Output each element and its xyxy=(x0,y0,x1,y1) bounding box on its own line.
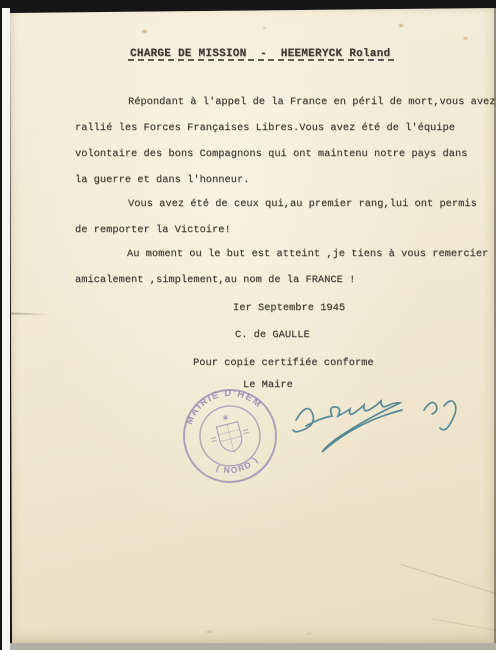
age-spot xyxy=(262,26,267,30)
body-line: Répondant à l'appel de la France en péri… xyxy=(128,96,496,108)
age-spot xyxy=(306,632,313,635)
signature-scrawl xyxy=(306,401,402,452)
body-line: de remporter la Victoire! xyxy=(75,224,231,236)
certification-line: Pour copie certifiée conforme xyxy=(193,357,374,369)
scan-edge-bottom xyxy=(10,643,496,650)
stamp-shield-icon xyxy=(209,420,253,456)
body-line: rallié les Forces Françaises Libres.Vous… xyxy=(75,122,455,134)
signature-initial xyxy=(293,409,313,432)
body-line: Au moment ou le but est atteint ,je tien… xyxy=(127,248,488,260)
body-line: volontaire des bons Compagnons qui ont m… xyxy=(75,148,467,160)
age-spot xyxy=(462,36,469,41)
body-line: la guerre et dans l'honneur. xyxy=(75,174,249,186)
signature-suffix xyxy=(424,401,456,430)
age-spot xyxy=(205,630,214,634)
stamp-star: ✶ xyxy=(221,413,230,423)
paper-crease xyxy=(431,618,496,635)
handwritten-signature xyxy=(272,380,472,472)
scan-edge-left xyxy=(2,8,10,650)
scanned-letter-screenshot: CHARGE DE MISSION - HEEMERYCK Roland Rép… xyxy=(0,0,496,650)
age-spot xyxy=(398,23,404,28)
letter-paper: CHARGE DE MISSION - HEEMERYCK Roland Rép… xyxy=(10,8,496,643)
title-underline xyxy=(128,59,394,61)
age-spot xyxy=(141,29,148,34)
body-line: Vous avez été de ceux qui,au premier ran… xyxy=(128,198,477,210)
body-line: amicalement ,simplement,au nom de la FRA… xyxy=(75,274,355,286)
paper-crease xyxy=(401,564,496,603)
paper-crease xyxy=(10,312,50,315)
author-name: C. de GAULLE xyxy=(235,329,310,341)
date-line: Ier Septembre 1945 xyxy=(233,302,345,314)
